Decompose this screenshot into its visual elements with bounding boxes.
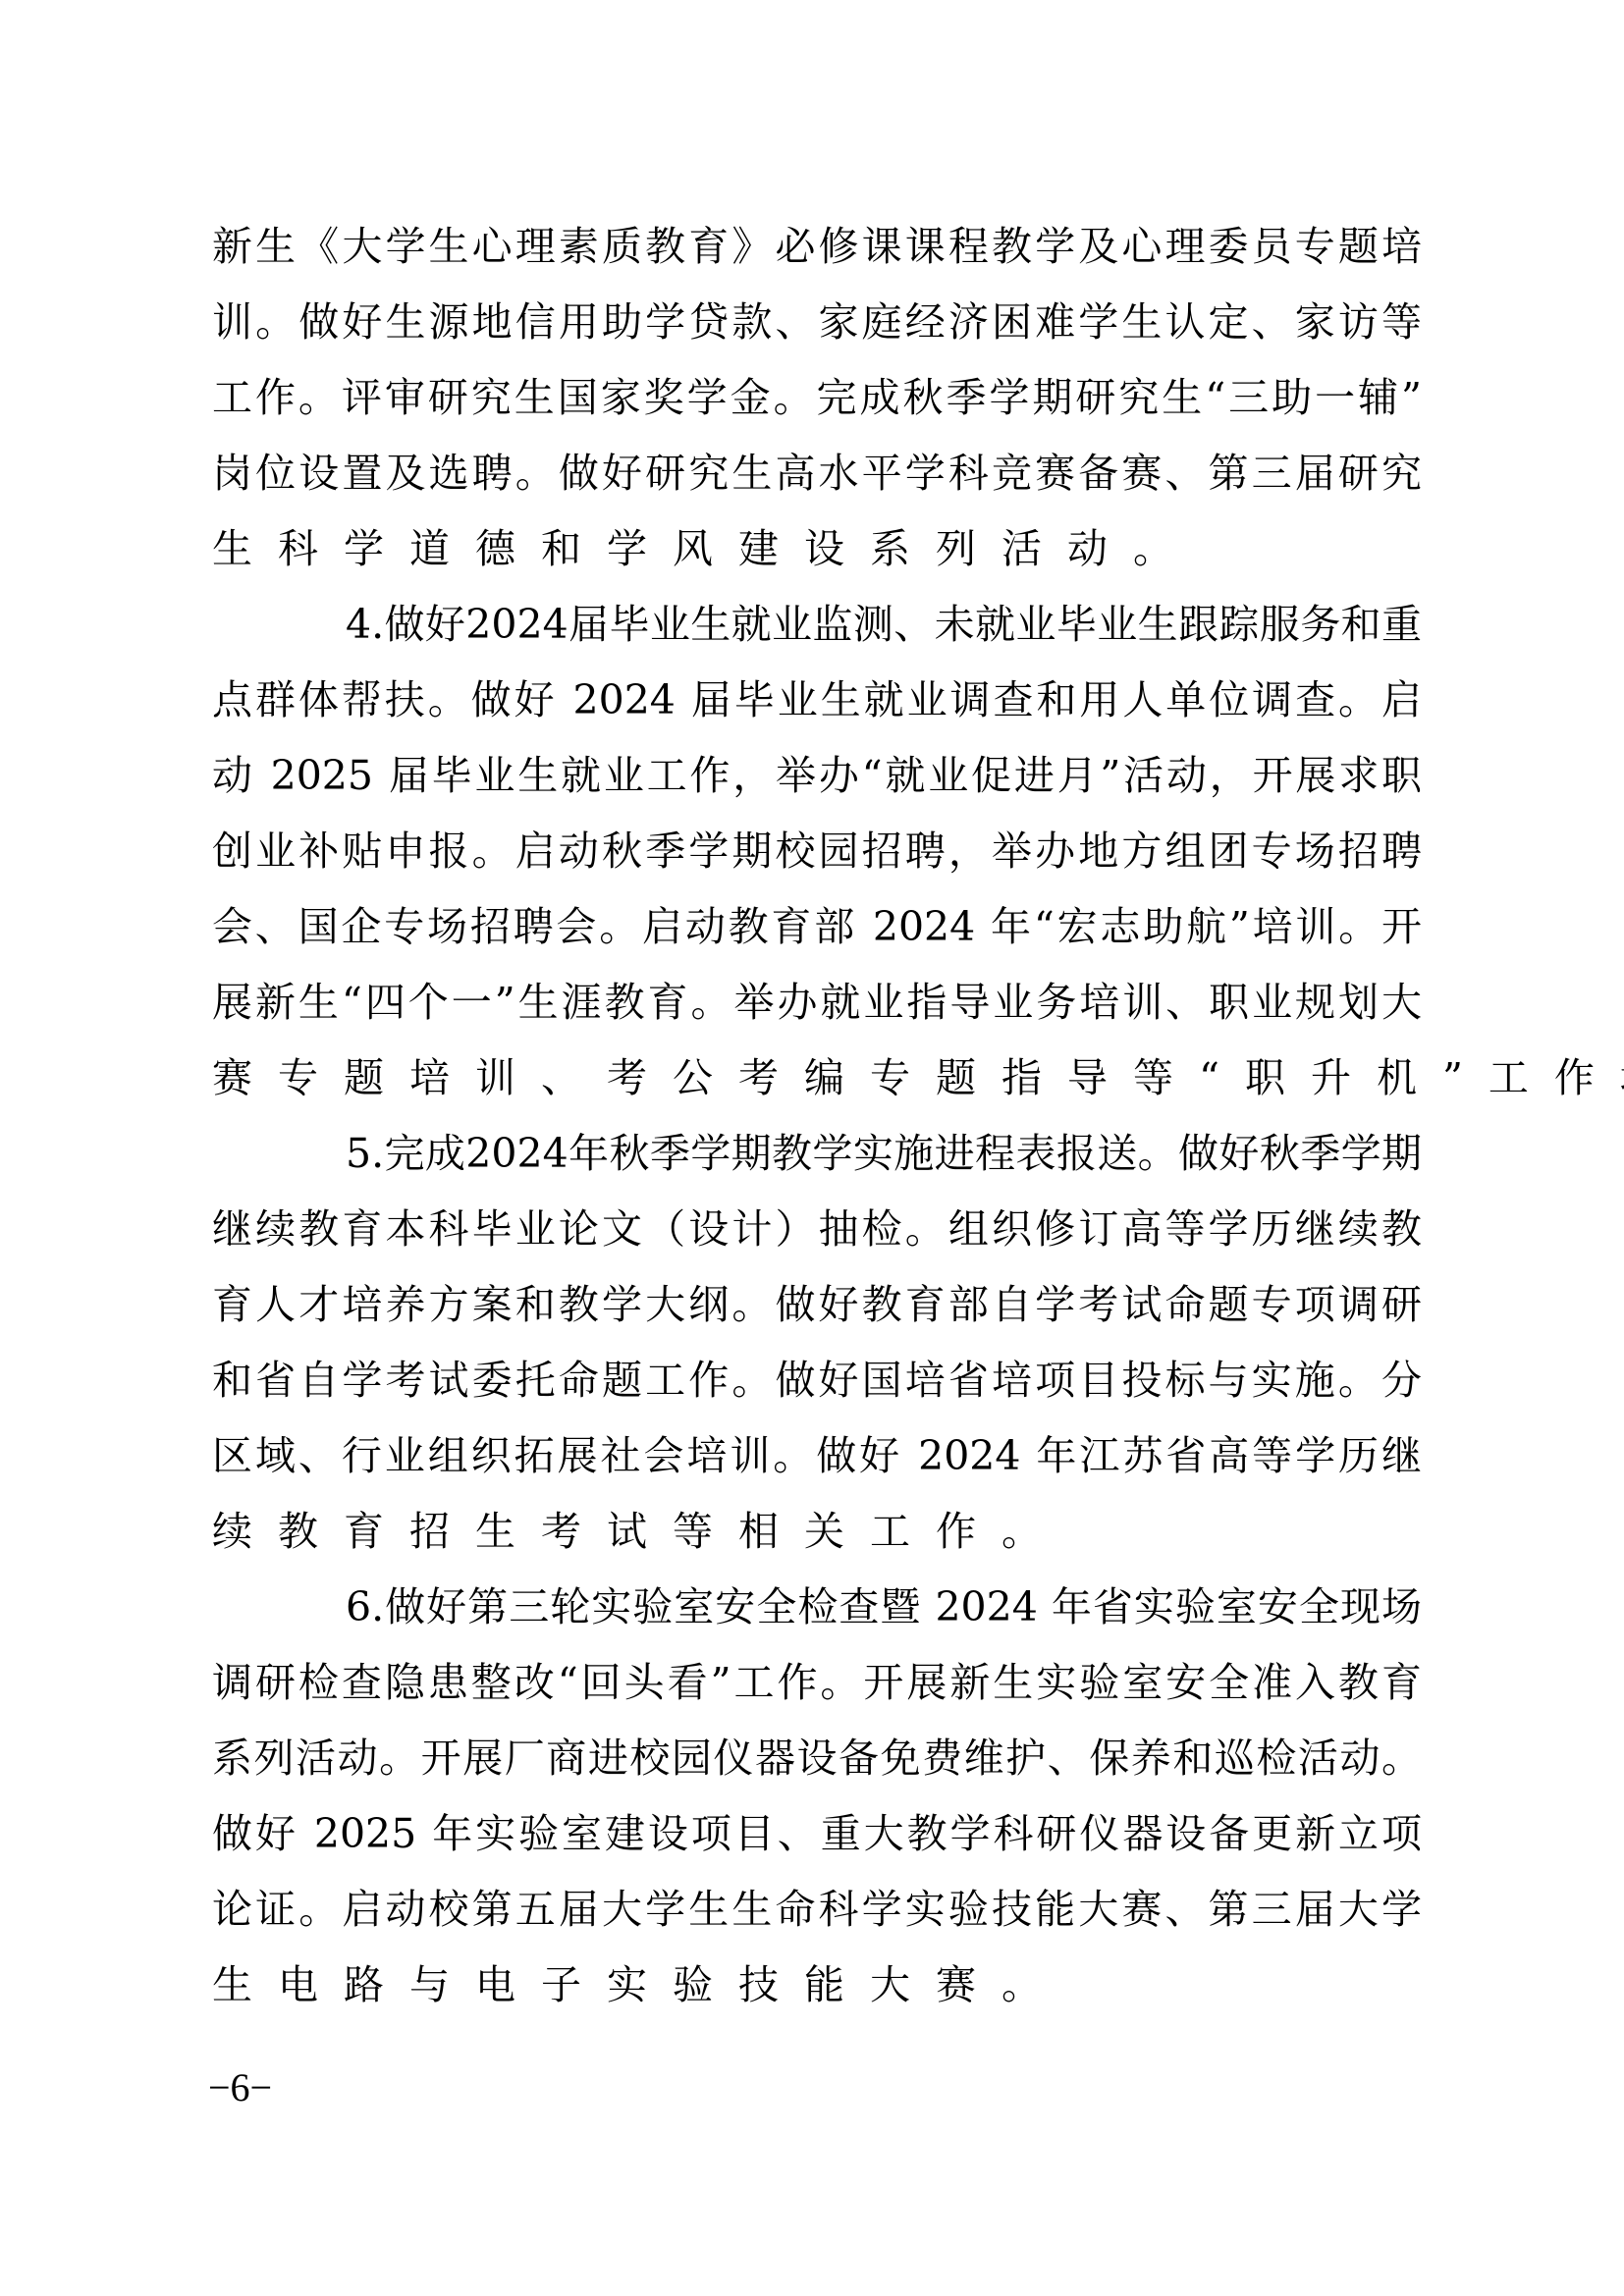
text-line: 和省自学考试委托命题工作。做好国培省培项目投标与实施。分 <box>212 1343 1422 1418</box>
text-line: 6.做好第三轮实验室安全检查暨 2024 年省实验室安全现场 <box>212 1570 1422 1645</box>
text-line: 生科学道德和学风建设系列活动。 <box>212 511 1422 587</box>
text-line: 工作。评审研究生国家奖学金。完成秋季学期研究生“三助一辅” <box>212 360 1422 436</box>
paragraph-continuation: 新生《大学生心理素质教育》必修课课程教学及心理委员专题培 训。做好生源地信用助学… <box>212 209 1422 587</box>
text-line: 训。做好生源地信用助学贷款、家庭经济困难学生认定、家访等 <box>212 285 1422 360</box>
text-line: 动 2025 届毕业生就业工作，举办“就业促进月”活动，开展求职 <box>212 738 1422 814</box>
text-line: 展新生“四个一”生涯教育。举办就业指导业务培训、职业规划大 <box>212 965 1422 1041</box>
text-line: 续教育招生考试等相关工作。 <box>212 1494 1422 1570</box>
document-page: 新生《大学生心理素质教育》必修课课程教学及心理委员专题培 训。做好生源地信用助学… <box>0 0 1624 2296</box>
text-line: 系列活动。开展厂商进校园仪器设备免费维护、保养和巡检活动。 <box>212 1721 1422 1796</box>
text-line: 区域、行业组织拓展社会培训。做好 2024 年江苏省高等学历继 <box>212 1418 1422 1494</box>
text-line: 继续教育本科毕业论文（设计）抽检。组织修订高等学历继续教 <box>212 1192 1422 1267</box>
text-line: 岗位设置及选聘。做好研究生高水平学科竞赛备赛、第三届研究 <box>212 436 1422 511</box>
paragraph-5-teaching: 5.完成2024年秋季学期教学实施进程表报送。做好秋季学期 继续教育本科毕业论文… <box>212 1116 1422 1570</box>
body-text: 新生《大学生心理素质教育》必修课课程教学及心理委员专题培 训。做好生源地信用助学… <box>212 209 1422 2023</box>
text-line: 论证。启动校第五届大学生生命科学实验技能大赛、第三届大学 <box>212 1872 1422 1948</box>
text-line: 赛专题培训、考公考编专题指导等“职升机”工作坊系列活动。 <box>212 1041 1422 1116</box>
text-line: 会、国企专场招聘会。启动教育部 2024 年“宏志助航”培训。开 <box>212 889 1422 965</box>
text-line: 点群体帮扶。做好 2024 届毕业生就业调查和用人单位调查。启 <box>212 663 1422 738</box>
text-line: 5.完成2024年秋季学期教学实施进程表报送。做好秋季学期 <box>212 1116 1422 1192</box>
text-line: 新生《大学生心理素质教育》必修课课程教学及心理委员专题培 <box>212 209 1422 285</box>
text-line: 调研检查隐患整改“回头看”工作。开展新生实验室安全准入教育 <box>212 1645 1422 1721</box>
text-line: 4.做好2024届毕业生就业监测、未就业毕业生跟踪服务和重 <box>212 587 1422 663</box>
text-line: 创业补贴申报。启动秋季学期校园招聘，举办地方组团专场招聘 <box>212 814 1422 889</box>
page-number: −6− <box>208 2065 272 2110</box>
paragraph-4-employment: 4.做好2024届毕业生就业监测、未就业毕业生跟踪服务和重 点群体帮扶。做好 2… <box>212 587 1422 1116</box>
text-line: 做好 2025 年实验室建设项目、重大教学科研仪器设备更新立项 <box>212 1796 1422 1872</box>
text-line: 生电路与电子实验技能大赛。 <box>212 1948 1422 2023</box>
text-line: 育人才培养方案和教学大纲。做好教育部自学考试命题专项调研 <box>212 1267 1422 1343</box>
paragraph-6-lab-safety: 6.做好第三轮实验室安全检查暨 2024 年省实验室安全现场 调研检查隐患整改“… <box>212 1570 1422 2023</box>
